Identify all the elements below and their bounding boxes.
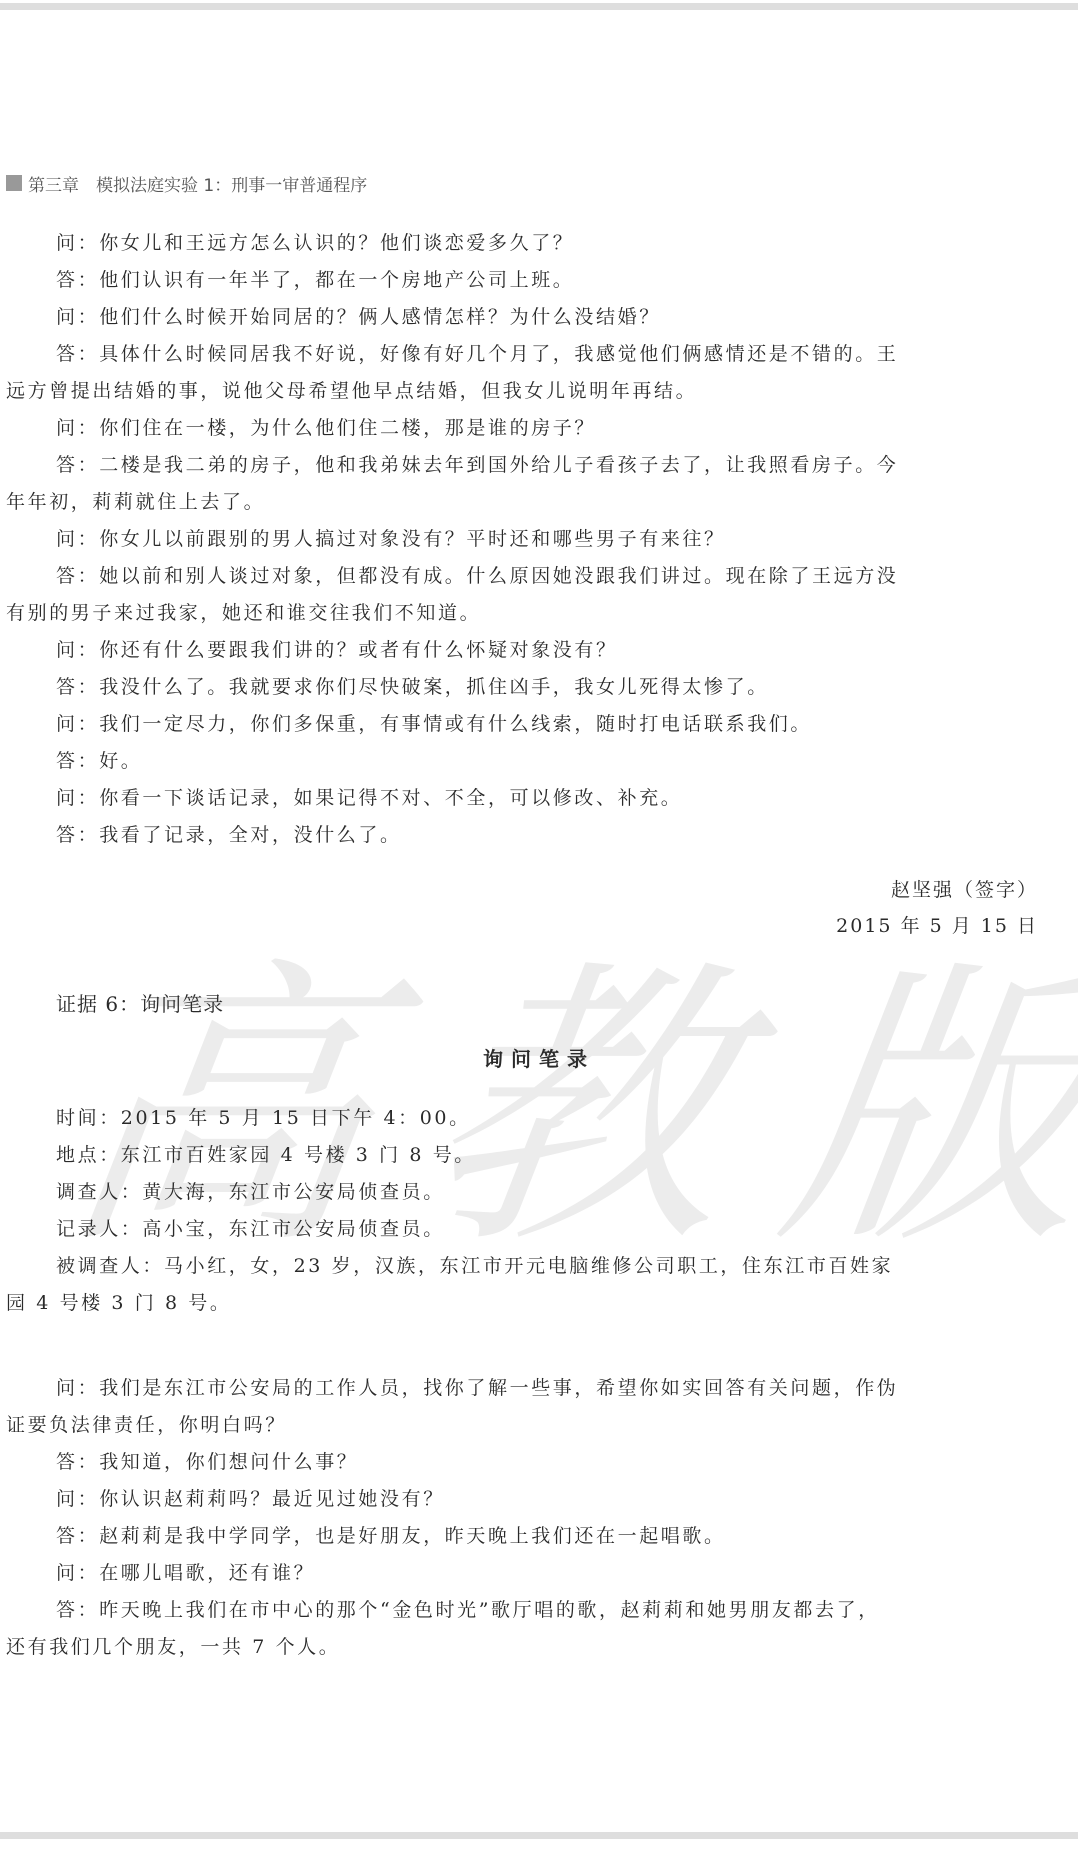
running-head-text: 第三章 模拟法庭实验 1：刑事一审普通程序 xyxy=(28,171,367,196)
record-field-place: 地点：东江市百姓家园 4 号楼 3 门 8 号。 xyxy=(6,1137,1042,1174)
dialogue-line: 答：昨天晚上我们在市中心的那个“金色时光”歌厅唱的歌，赵莉莉和她男朋友都去了， xyxy=(6,1592,1042,1629)
record-field-interviewee-cont: 园 4 号楼 3 门 8 号。 xyxy=(6,1285,1042,1322)
dialogue-line: 答：我看了记录，全对，没什么了。 xyxy=(6,817,1042,854)
dialogue-line: 问：你女儿和王远方怎么认识的？他们谈恋爱多久了？ xyxy=(6,225,1042,262)
dialogue-line: 答：她以前和别人谈过对象，但都没有成。什么原因她没跟我们讲过。现在除了王远方没 xyxy=(6,558,1042,595)
dialogue-line: 答：我知道，你们想问什么事？ xyxy=(6,1444,1042,1481)
record-field-recorder: 记录人：高小宝，东江市公安局侦查员。 xyxy=(6,1211,1042,1248)
record-field-interviewee: 被调查人：马小红，女，23 岁，汉族，东江市开元电脑维修公司职工，住东江市百姓家 xyxy=(6,1248,1042,1285)
dialogue-line: 问：我们是东江市公安局的工作人员，找你了解一些事，希望你如实回答有关问题，作伪 xyxy=(6,1370,1042,1407)
bottom-edge-bar xyxy=(0,1832,1078,1839)
dialogue-line: 答：好。 xyxy=(6,743,1042,780)
evidence-label: 证据 6：询问笔录 xyxy=(56,988,224,1017)
dialogue-line: 答：赵莉莉是我中学同学，也是好朋友，昨天晚上我们还在一起唱歌。 xyxy=(6,1518,1042,1555)
running-head: 第三章 模拟法庭实验 1：刑事一审普通程序 xyxy=(6,172,367,194)
record-dialogue: 问：我们是东江市公安局的工作人员，找你了解一些事，希望你如实回答有关问题，作伪 … xyxy=(6,1370,1042,1666)
record-title: 询问笔录 xyxy=(0,1043,1078,1072)
dialogue-line: 问：你们住在一楼，为什么他们住二楼，那是谁的房子？ xyxy=(6,410,1042,447)
interview-continuation: 问：你女儿和王远方怎么认识的？他们谈恋爱多久了？ 答：他们认识有一年半了，都在一… xyxy=(6,225,1042,854)
signature: 赵坚强（签字） xyxy=(836,872,1038,908)
dialogue-line: 证要负法律责任，你明白吗？ xyxy=(6,1407,1042,1444)
signature-date: 2015 年 5 月 15 日 xyxy=(836,908,1038,944)
dialogue-line: 问：你看一下谈话记录，如果记得不对、不全，可以修改、补充。 xyxy=(6,780,1042,817)
dialogue-line: 问：他们什么时候开始同居的？俩人感情怎样？为什么没结婚？ xyxy=(6,299,1042,336)
dialogue-line: 答：二楼是我二弟的房子，他和我弟妹去年到国外给儿子看孩子去了，让我照看房子。今 xyxy=(6,447,1042,484)
dialogue-line: 问：你认识赵莉莉吗？最近见过她没有？ xyxy=(6,1481,1042,1518)
record-header: 时间：2015 年 5 月 15 日下午 4：00。 地点：东江市百姓家园 4 … xyxy=(6,1100,1042,1322)
dialogue-line: 远方曾提出结婚的事，说他父母希望他早点结婚，但我女儿说明年再结。 xyxy=(6,373,1042,410)
record-field-time: 时间：2015 年 5 月 15 日下午 4：00。 xyxy=(6,1100,1042,1137)
dialogue-line: 问：我们一定尽力，你们多保重，有事情或有什么线索，随时打电话联系我们。 xyxy=(6,706,1042,743)
dialogue-line: 答：具体什么时候同居我不好说，好像有好几个月了，我感觉他们俩感情还是不错的。王 xyxy=(6,336,1042,373)
dialogue-line: 问：你女儿以前跟别的男人搞过对象没有？平时还和哪些男子有来往？ xyxy=(6,521,1042,558)
dialogue-line: 问：在哪儿唱歌，还有谁？ xyxy=(6,1555,1042,1592)
record-field-investigator: 调查人：黄大海，东江市公安局侦查员。 xyxy=(6,1174,1042,1211)
dialogue-line: 问：你还有什么要跟我们讲的？或者有什么怀疑对象没有？ xyxy=(6,632,1042,669)
dialogue-line: 年年初，莉莉就住上去了。 xyxy=(6,484,1042,521)
chapter-marker-icon xyxy=(6,175,22,191)
dialogue-line: 还有我们几个朋友，一共 7 个人。 xyxy=(6,1629,1042,1666)
dialogue-line: 答：我没什么了。我就要求你们尽快破案，抓住凶手，我女儿死得太惨了。 xyxy=(6,669,1042,706)
dialogue-line: 答：他们认识有一年半了，都在一个房地产公司上班。 xyxy=(6,262,1042,299)
signature-block: 赵坚强（签字） 2015 年 5 月 15 日 xyxy=(836,872,1038,944)
top-edge-bar xyxy=(0,3,1078,10)
dialogue-line: 有别的男子来过我家，她还和谁交往我们不知道。 xyxy=(6,595,1042,632)
